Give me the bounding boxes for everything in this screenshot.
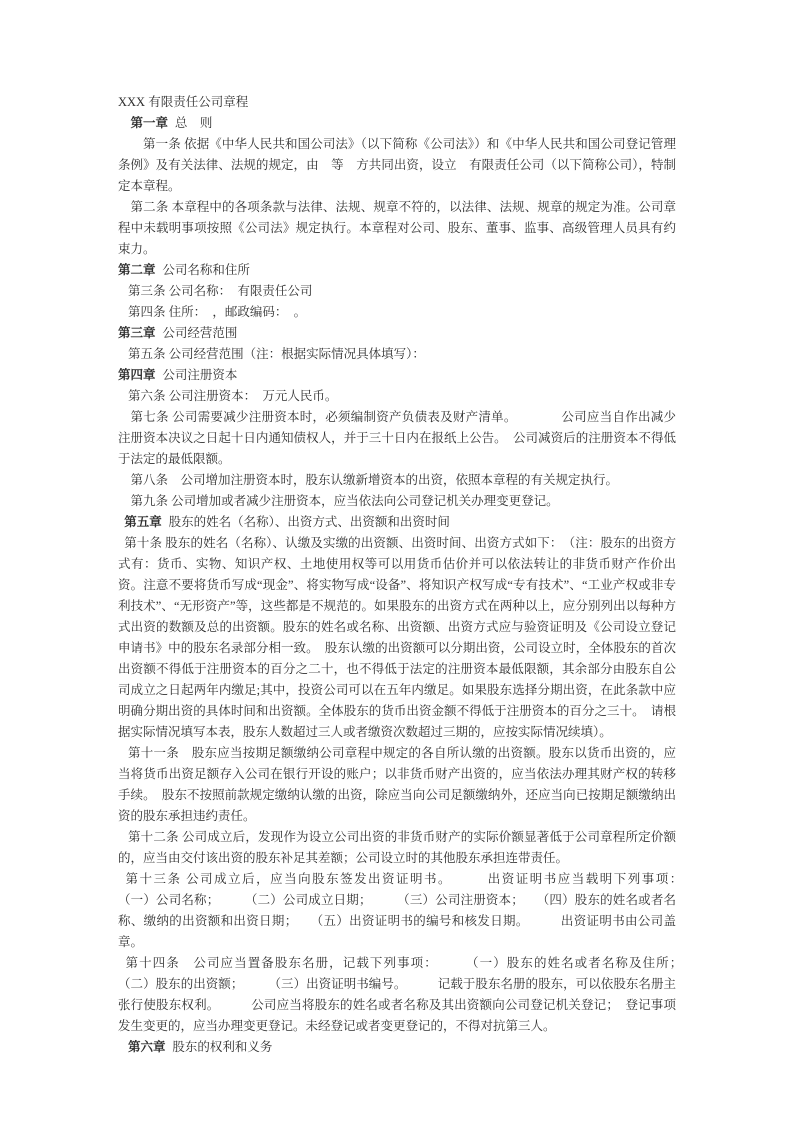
clause-paragraph: 第一条 依据《中华人民共和国公司法》（以下简称《公司法》）和《中华人民共和国公司… — [118, 134, 676, 197]
clause-paragraph: 第七条 公司需要减少注册资本时，必须编制资产负债表及财产清单。 公司应当自作出减… — [118, 407, 676, 470]
chapter-title: 股东的姓名（名称）、出资方式、出资额和出资时间 — [169, 515, 450, 529]
chapter-heading: 第二章公司名称和住所 — [118, 260, 676, 281]
clause-paragraph: 第十二条 公司成立后，发现作为设立公司出资的非货币财产的实际价额显著低于公司章程… — [118, 827, 676, 869]
document-page: XXX 有限责任公司章程 第一章总 则第一条 依据《中华人民共和国公司法》（以下… — [0, 0, 794, 1123]
chapter-heading: 第一章总 则 — [118, 113, 676, 134]
clause-paragraph: 第十一条 股东应当按期足额缴纳公司章程中规定的各自所认缴的出资额。股东以货币出资… — [118, 743, 676, 827]
chapter-title: 总 则 — [175, 116, 213, 130]
chapter-title: 公司经营范围 — [162, 326, 237, 340]
clause-paragraph: 第三条 公司名称： 有限责任公司 — [118, 281, 676, 302]
chapter-number: 第六章 — [128, 1040, 166, 1054]
chapter-heading: 第五章股东的姓名（名称）、出资方式、出资额和出资时间 — [118, 512, 676, 533]
clause-paragraph: 第四条 住所： ，邮政编码： 。 — [118, 302, 676, 323]
chapter-heading: 第六章股东的权利和义务 — [118, 1037, 676, 1058]
clause-paragraph: 第八条 公司增加注册资本时，股东认缴新增资本的出资，依照本章程的有关规定执行。 — [118, 470, 676, 491]
chapter-number: 第五章 — [124, 515, 162, 529]
document-title: XXX 有限责任公司章程 — [118, 92, 676, 113]
chapter-title: 公司名称和住所 — [162, 263, 250, 277]
chapter-title: 股东的权利和义务 — [172, 1040, 272, 1054]
document-body: 第一章总 则第一条 依据《中华人民共和国公司法》（以下简称《公司法》）和《中华人… — [118, 113, 676, 1058]
clause-paragraph: 第二条 本章程中的各项条款与法律、法规、规章不符的，以法律、法规、规章的规定为准… — [118, 197, 676, 260]
clause-paragraph: 第五条 公司经营范围（注：根据实际情况具体填写）： — [118, 344, 676, 365]
clause-paragraph: 第十条 股东的姓名（名称）、认缴及实缴的出资额、出资时间、出资方式如下： （注：… — [118, 533, 676, 743]
chapter-number: 第二章 — [118, 263, 156, 277]
clause-paragraph: 第十三条 公司成立后，应当向股东签发出资证明书。 出资证明书应当载明下列事项： … — [118, 869, 676, 953]
chapter-number: 第一章 — [131, 116, 169, 130]
clause-paragraph: 第六条 公司注册资本： 万元人民币。 — [118, 386, 676, 407]
clause-paragraph: 第九条 公司增加或者减少注册资本，应当依法向公司登记机关办理变更登记。 — [118, 491, 676, 512]
chapter-heading: 第三章公司经营范围 — [118, 323, 676, 344]
chapter-title: 公司注册资本 — [162, 368, 237, 382]
chapter-number: 第三章 — [118, 326, 156, 340]
clause-paragraph: 第十四条 公司应当置备股东名册，记载下列事项： （一）股东的姓名或者名称及住所；… — [118, 953, 676, 1037]
chapter-heading: 第四章公司注册资本 — [118, 365, 676, 386]
chapter-number: 第四章 — [118, 368, 156, 382]
